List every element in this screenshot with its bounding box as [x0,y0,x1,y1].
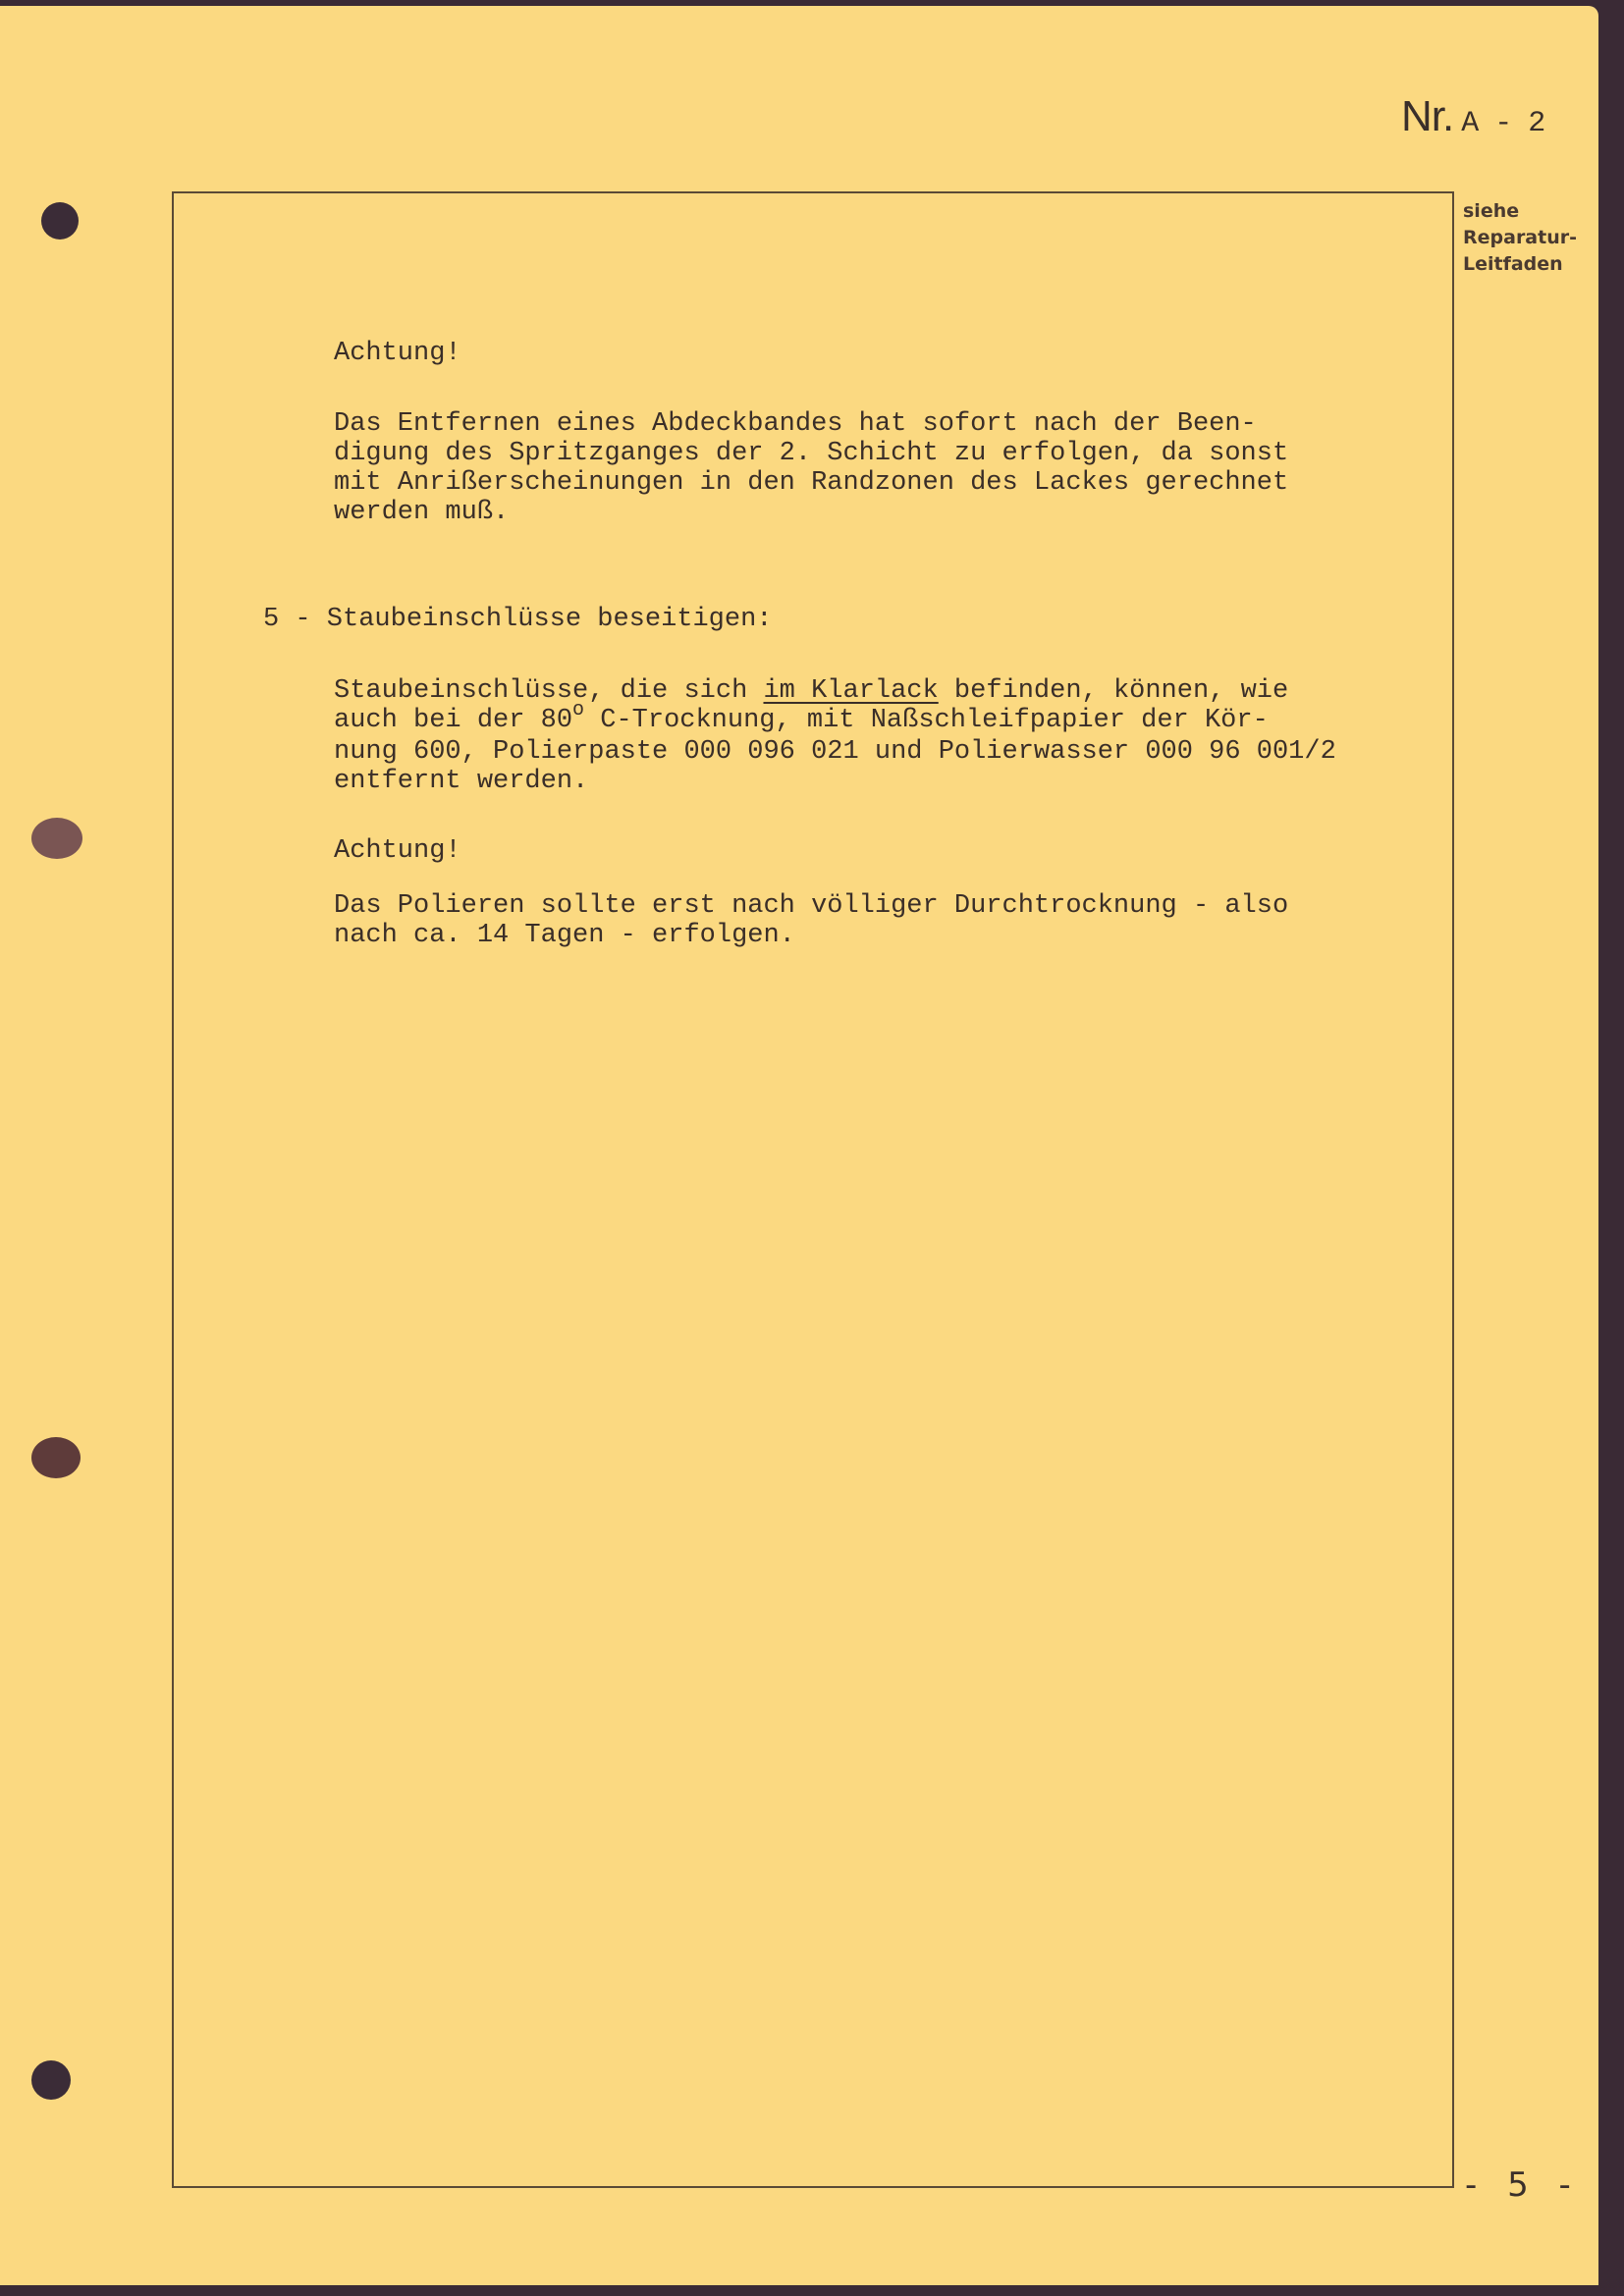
page-number: - 5 - [1465,2165,1581,2205]
text-line: nung 600, Polierpaste 000 096 021 und Po… [334,737,1336,767]
section-paragraph: Staubeinschlüsse, die sich im Klarlack b… [334,676,1336,796]
text-line: Staubeinschlüsse, die sich im Klarlack b… [334,676,1336,706]
punch-hole [41,202,79,240]
text-line: Das Entfernen eines Abdeckbandes hat sof… [334,409,1288,439]
warning-title: Achtung! [334,836,461,866]
punch-hole [31,818,82,859]
document-page: Nr.A - 2 siehe Reparatur- Leitfaden Acht… [0,6,1598,2285]
text-line: mit Anrißerscheinungen in den Randzonen … [334,468,1288,498]
warning-title: Achtung! [334,339,461,368]
section-heading: 5 - Staubeinschlüsse beseitigen: [263,605,772,634]
underlined-text: im Klarlack [763,676,938,706]
warning-paragraph: Das Polieren sollte erst nach völliger D… [334,891,1288,950]
text-line: digung des Spritzganges der 2. Schicht z… [334,439,1288,468]
document-number-value: A - 2 [1461,107,1544,140]
margin-note-line: Reparatur- [1463,225,1577,251]
text-span: Staubeinschlüsse, die sich [334,676,763,706]
degree-symbol: o [572,699,584,721]
warning-paragraph: Das Entfernen eines Abdeckbandes hat sof… [334,409,1288,527]
text-line: nach ca. 14 Tagen - erfolgen. [334,921,1288,950]
document-number: Nr.A - 2 [1401,92,1544,141]
text-line: auch bei der 80o C-Trocknung, mit Naßsch… [334,706,1336,737]
punch-hole [31,2060,71,2100]
text-line: werden muß. [334,498,1288,527]
text-line: Das Polieren sollte erst nach völliger D… [334,891,1288,921]
text-span: befinden, können, wie [939,676,1288,706]
punch-hole [31,1437,81,1478]
text-span: C-Trocknung, mit Naßschleifpapier der Kö… [584,706,1269,735]
text-line: entfernt werden. [334,767,1336,796]
document-number-label: Nr. [1401,92,1453,140]
margin-note-line: Leitfaden [1463,251,1577,278]
margin-note: siehe Reparatur- Leitfaden [1463,198,1577,278]
text-span: auch bei der 80 [334,706,572,735]
margin-note-line: siehe [1463,198,1577,225]
